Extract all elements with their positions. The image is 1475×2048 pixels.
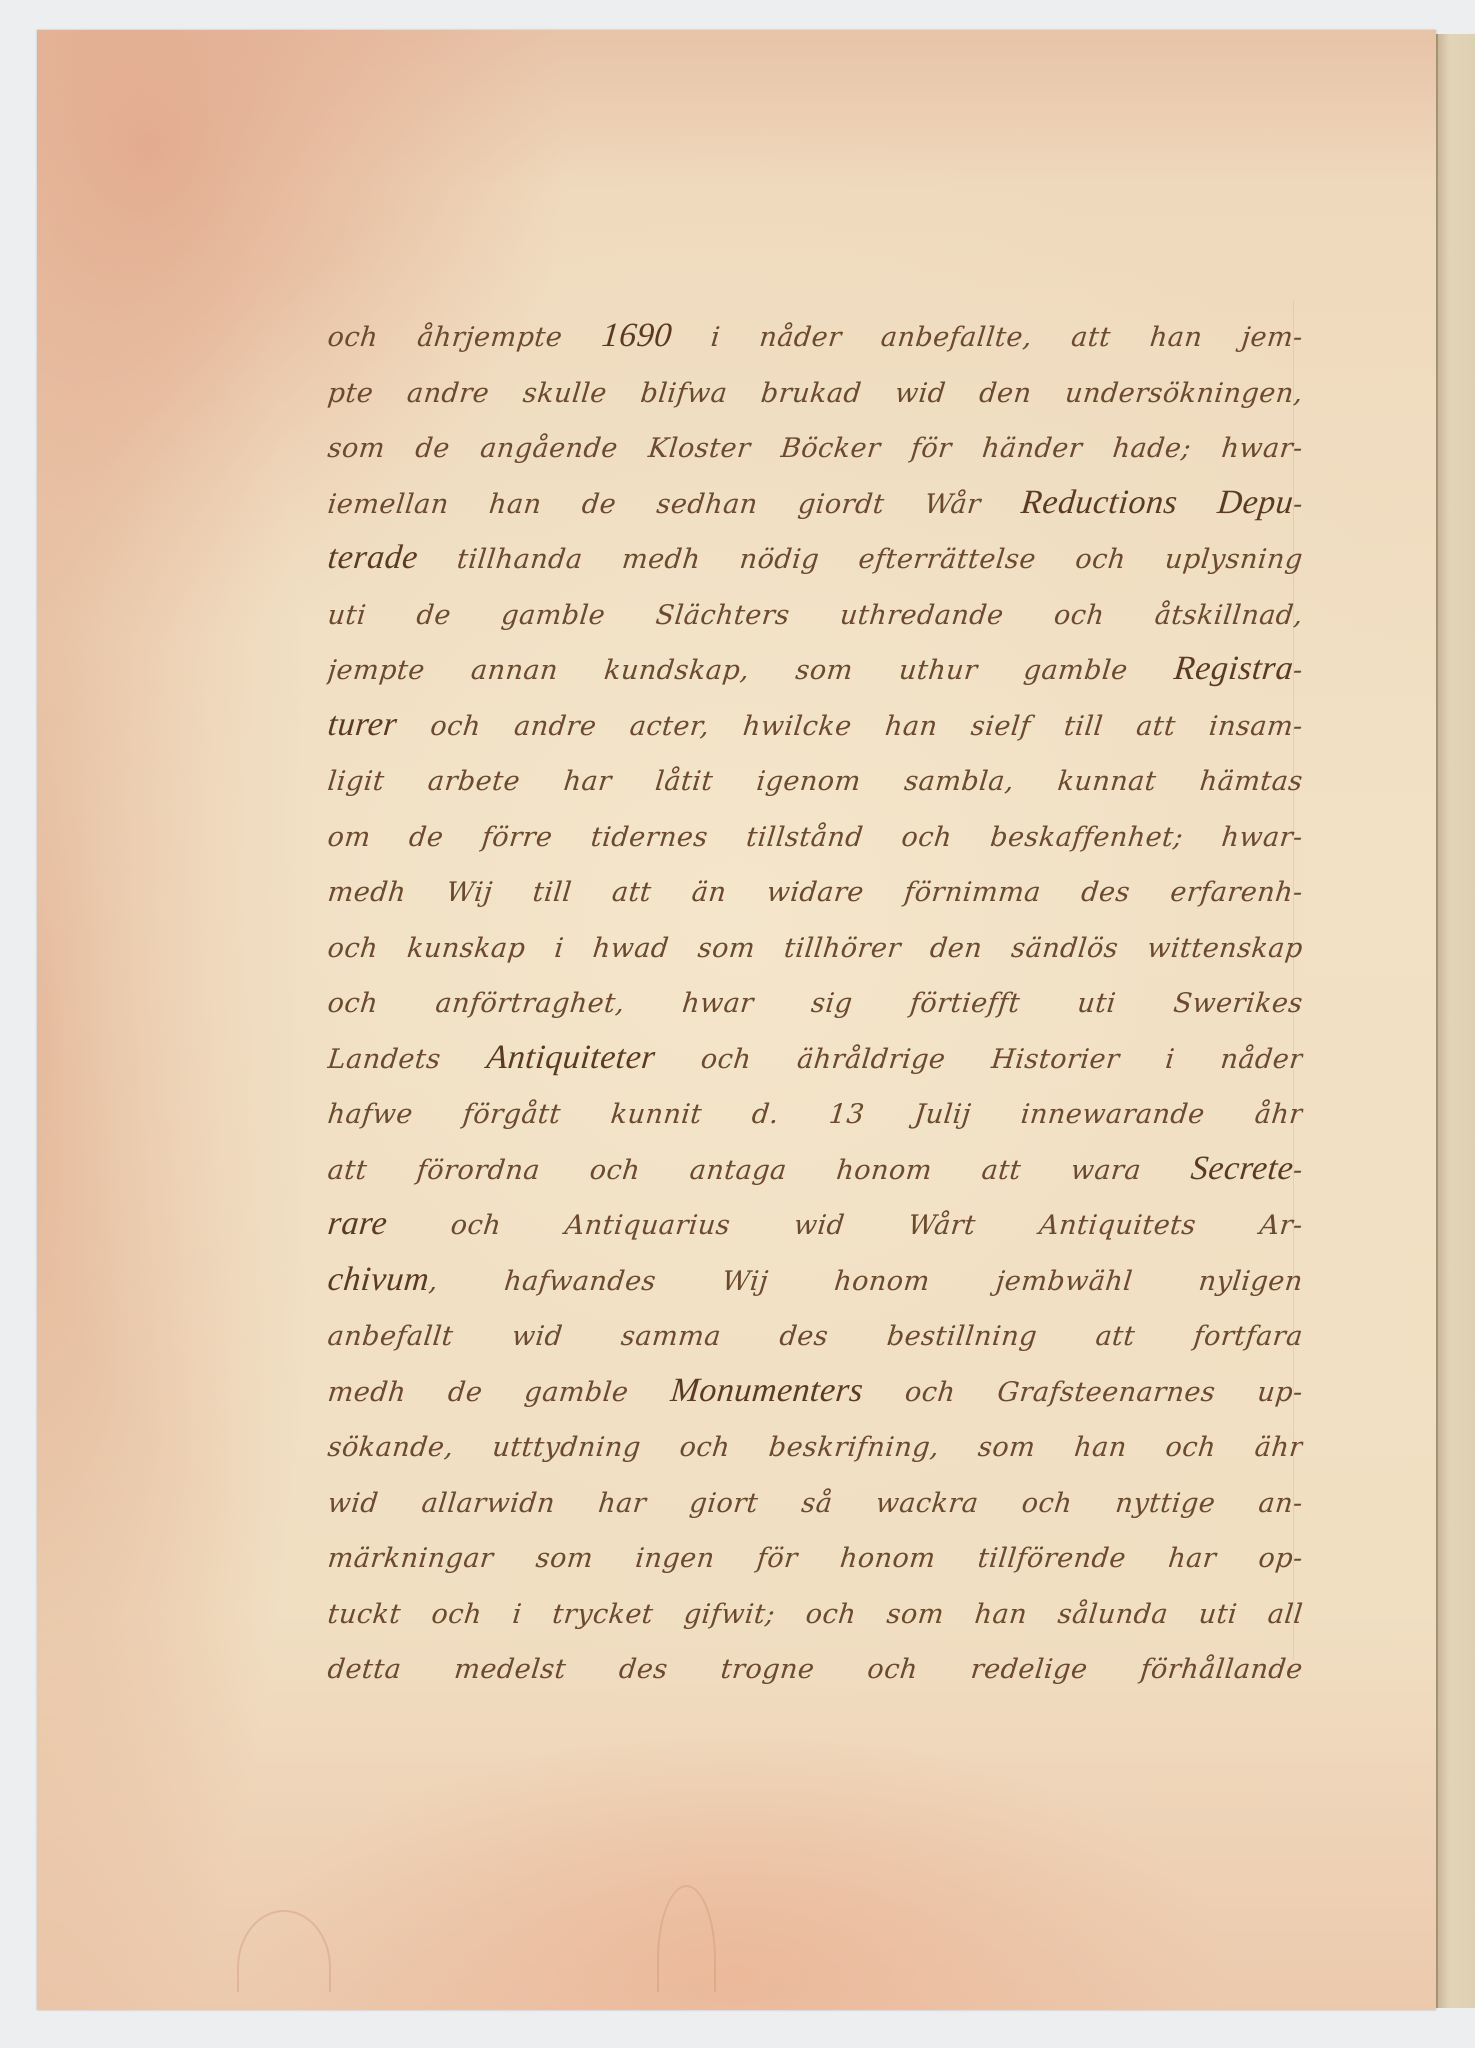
text-line: märkningar som ingen för honom tillfören… [325, 1529, 1306, 1585]
text-line: terade tillhanda medh nödig efterrättels… [325, 530, 1306, 586]
text-line: pte andre skulle blifwa brukad wid den u… [325, 364, 1306, 420]
text-line: som de angående Kloster Böcker för hände… [325, 419, 1306, 475]
text-line: medh Wij till att än widare förnimma des… [325, 863, 1306, 919]
handwritten-text-block: och åhrjempte 1690 i nåder anbefallte, a… [328, 308, 1303, 1696]
text-line: iemellan han de sedhan giordt Wår Reduct… [325, 475, 1306, 531]
text-line: turer och andre acter, hwilcke han sielf… [325, 697, 1306, 753]
water-stain [237, 1910, 331, 1992]
text-line: hafwe förgått kunnit d. 13 Julij innewar… [325, 1085, 1306, 1141]
text-line: detta medelst des trogne och redelige fö… [325, 1640, 1306, 1696]
adjacent-page-edge [1436, 34, 1475, 2008]
text-line: och anförtraghet, hwar sig förtiefft uti… [325, 974, 1306, 1030]
text-line: tuckt och i trycket gifwit; och som han … [325, 1585, 1306, 1641]
water-stain [657, 1885, 716, 1992]
text-line: ligit arbete har låtit igenom sambla, ku… [325, 752, 1306, 808]
text-line: sökande, utttydning och beskrifning, som… [325, 1418, 1306, 1474]
text-line: rare och Antiquarius wid Wårt Antiquitet… [325, 1196, 1306, 1252]
text-line: att förordna och antaga honom att wara S… [325, 1141, 1306, 1197]
text-line: chivum, hafwandes Wij honom jembwähl nyl… [325, 1252, 1306, 1308]
text-line: och åhrjempte 1690 i nåder anbefallte, a… [325, 308, 1306, 364]
text-line: medh de gamble Monumenters och Grafsteen… [325, 1363, 1306, 1419]
text-line: anbefallt wid samma des bestillning att … [325, 1307, 1306, 1363]
text-line: Landets Antiquiteter och ähråldrige Hist… [325, 1030, 1306, 1086]
text-line: uti de gamble Slächters uthredande och å… [325, 586, 1306, 642]
text-line: jempte annan kundskap, som uthur gamble … [325, 641, 1306, 697]
text-line: wid allarwidn har giort så wackra och ny… [325, 1474, 1306, 1530]
text-line: och kunskap i hwad som tillhörer den sän… [325, 919, 1306, 975]
text-line: om de förre tidernes tillstånd och beska… [325, 808, 1306, 864]
